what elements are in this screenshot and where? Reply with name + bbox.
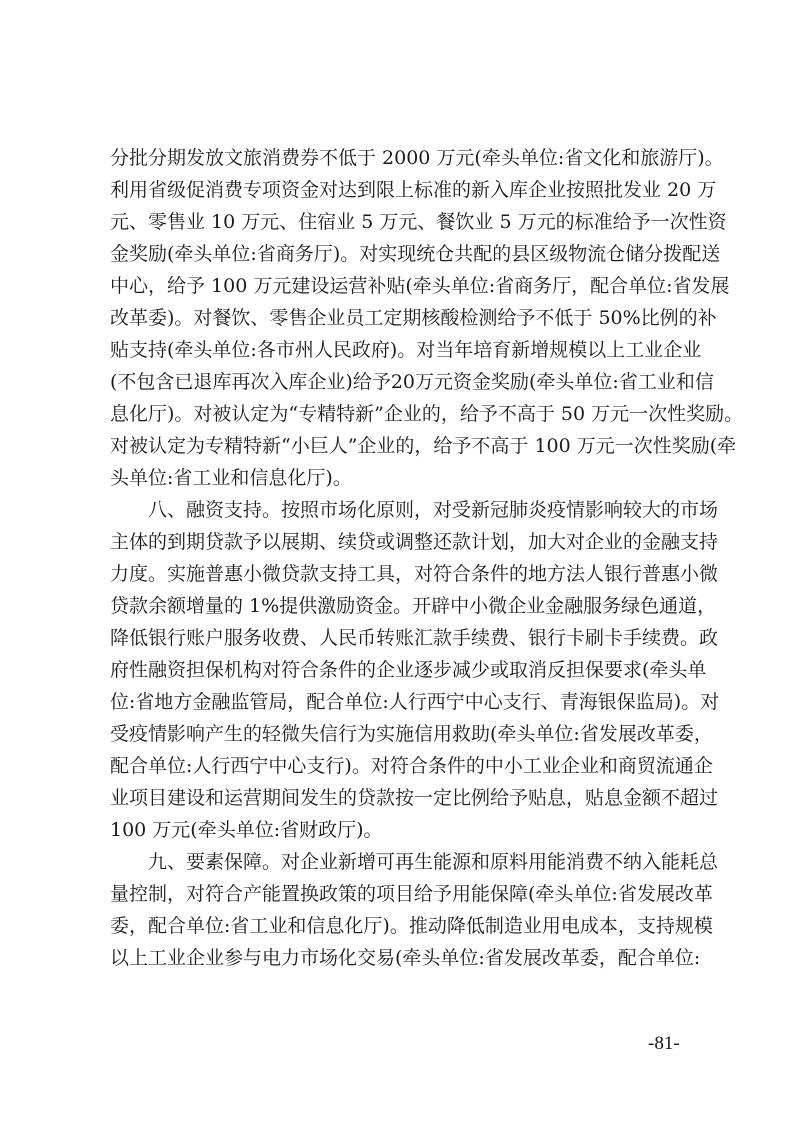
paragraph-first-line: 八、融资支持。按照市场化原则，对受新冠肺炎疫情影响较大的市场: [110, 494, 690, 526]
text-line: 金奖励(牵头单位:省商务厅)。对实现统仓共配的县区级物流仓储分拨配送: [110, 238, 690, 270]
text-line: 头单位:省工业和信息化厅)。: [110, 462, 690, 494]
document-page: 分批分期发放文旅消费券不低于 2000 万元(牵头单位:省文化和旅游厅)。利用省…: [0, 0, 793, 1122]
text-line: 降低银行账户服务收费、人民币转账汇款手续费、银行卡刷卡手续费。政: [110, 622, 690, 654]
text-line: 息化厅)。对被认定为“专精特新”企业的，给予不高于 50 万元一次性奖励。: [110, 398, 690, 430]
text-line: 主体的到期贷款予以展期、续贷或调整还款计划，加大对企业的金融支持: [110, 526, 690, 558]
text-line: 改革委)。对餐饮、零售企业员工定期核酸检测给予不低于 50%比例的补: [110, 302, 690, 334]
text-line: 100 万元(牵头单位:省财政厅)。: [110, 814, 690, 846]
text-line: 对被认定为专精特新“小巨人”企业的，给予不高于 100 万元一次性奖励(牵: [110, 430, 690, 462]
paragraph-first-line: 九、要素保障。对企业新增可再生能源和原料用能消费不纳入能耗总: [110, 846, 690, 878]
text-line: (不包含已退库再次入库企业)给予20万元资金奖励(牵头单位:省工业和信: [110, 366, 690, 398]
text-line: 贴支持(牵头单位:各市州人民政府)。对当年培育新增规模以上工业企业: [110, 334, 690, 366]
page-number: -81-: [648, 1033, 680, 1055]
text-line: 府性融资担保机构对符合条件的企业逐步减少或取消反担保要求(牵头单: [110, 654, 690, 686]
text-line: 分批分期发放文旅消费券不低于 2000 万元(牵头单位:省文化和旅游厅)。: [110, 142, 690, 174]
text-line: 贷款余额增量的 1%提供激励资金。开辟中小微企业金融服务绿色通道，: [110, 590, 690, 622]
text-line: 委，配合单位:省工业和信息化厅)。推动降低制造业用电成本，支持规模: [110, 910, 690, 942]
text-line: 业项目建设和运营期间发生的贷款按一定比例给予贴息，贴息金额不超过: [110, 782, 690, 814]
text-line: 力度。实施普惠小微贷款支持工具，对符合条件的地方法人银行普惠小微: [110, 558, 690, 590]
text-line: 以上工业企业参与电力市场化交易(牵头单位:省发展改革委，配合单位:: [110, 942, 690, 974]
text-line: 位:省地方金融监管局，配合单位:人行西宁中心支行、青海银保监局)。对: [110, 686, 690, 718]
text-line: 配合单位:人行西宁中心支行)。对符合条件的中小工业企业和商贸流通企: [110, 750, 690, 782]
text-line: 量控制，对符合产能置换政策的项目给予用能保障(牵头单位:省发展改革: [110, 878, 690, 910]
body-text: 分批分期发放文旅消费券不低于 2000 万元(牵头单位:省文化和旅游厅)。利用省…: [110, 142, 690, 974]
text-line: 受疫情影响产生的轻微失信行为实施信用救助(牵头单位:省发展改革委，: [110, 718, 690, 750]
text-line: 利用省级促消费专项资金对达到限上标准的新入库企业按照批发业 20 万: [110, 174, 690, 206]
text-line: 中心，给予 100 万元建设运营补贴(牵头单位:省商务厅，配合单位:省发展: [110, 270, 690, 302]
text-line: 元、零售业 10 万元、住宿业 5 万元、餐饮业 5 万元的标准给予一次性资: [110, 206, 690, 238]
